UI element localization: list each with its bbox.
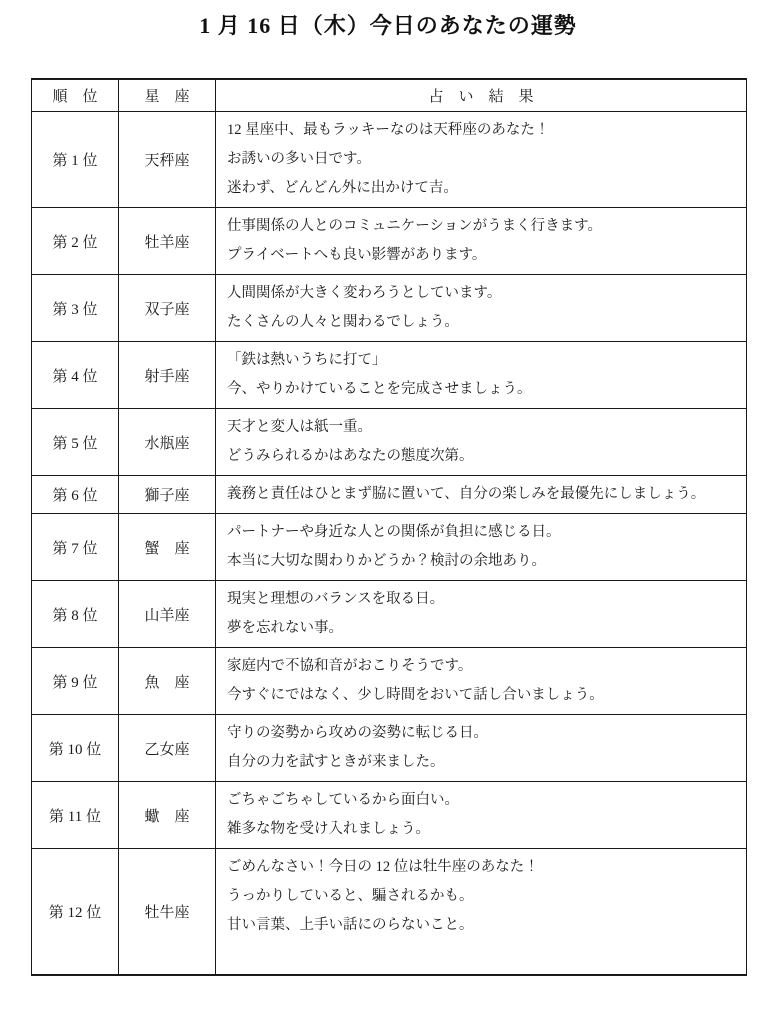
fortune-cell: 現実と理想のバランスを取る日。夢を忘れない事。 (216, 581, 747, 648)
table-row: 第 6 位 獅子座 義務と責任はひとまず脇に置いて、自分の楽しみを最優先にしまし… (32, 476, 747, 514)
rank-cell: 第 10 位 (32, 715, 119, 782)
sign-cell: 蠍 座 (119, 782, 216, 849)
fortune-cell: 「鉄は熱いうちに打て」今、やりかけていることを完成させましょう。 (216, 342, 747, 409)
fortune-cell: 義務と責任はひとまず脇に置いて、自分の楽しみを最優先にしましょう。 (216, 476, 747, 514)
rank-cell: 第 4 位 (32, 342, 119, 409)
header-result: 占 い 結 果 (216, 79, 747, 112)
table-row: 第 8 位 山羊座 現実と理想のバランスを取る日。夢を忘れない事。 (32, 581, 747, 648)
sign-cell: 山羊座 (119, 581, 216, 648)
fortune-cell: パートナーや身近な人との関係が負担に感じる日。本当に大切な関わりかどうか？検討の… (216, 514, 747, 581)
table-row: 第 1 位 天秤座 12 星座中、最もラッキーなのは天秤座のあなた！お誘いの多い… (32, 112, 747, 208)
table-row: 第 5 位 水瓶座 天才と変人は紙一重。どうみられるかはあなたの態度次第。 (32, 409, 747, 476)
fortune-cell: 人間関係が大きく変わろうとしています。たくさんの人々と関わるでしょう。 (216, 275, 747, 342)
sign-cell: 乙女座 (119, 715, 216, 782)
fortune-line: 天才と変人は紙一重。 (227, 413, 736, 442)
fortune-line: お誘いの多い日です。 (227, 145, 736, 174)
fortune-line: 現実と理想のバランスを取る日。 (227, 585, 736, 614)
fortune-cell: 天才と変人は紙一重。どうみられるかはあなたの態度次第。 (216, 409, 747, 476)
fortune-line: 本当に大切な関わりかどうか？検討の余地あり。 (227, 547, 736, 576)
sign-cell: 天秤座 (119, 112, 216, 208)
fortune-line: 今、やりかけていることを完成させましょう。 (227, 375, 736, 404)
sign-cell: 牡羊座 (119, 208, 216, 275)
rank-cell: 第 1 位 (32, 112, 119, 208)
fortune-line: プライベートへも良い影響があります。 (227, 241, 736, 270)
fortune-line: ごちゃごちゃしているから面白い。 (227, 786, 736, 815)
table-row: 第 2 位 牡羊座 仕事関係の人とのコミュニケーションがうまく行きます。プライベ… (32, 208, 747, 275)
rank-cell: 第 3 位 (32, 275, 119, 342)
fortune-line: 義務と責任はひとまず脇に置いて、自分の楽しみを最優先にしましょう。 (227, 480, 736, 509)
fortune-line: 自分の力を試すときが来ました。 (227, 748, 736, 777)
fortune-line: 「鉄は熱いうちに打て」 (227, 346, 736, 375)
fortune-line: たくさんの人々と関わるでしょう。 (227, 308, 736, 337)
sign-cell: 双子座 (119, 275, 216, 342)
rank-cell: 第 7 位 (32, 514, 119, 581)
fortune-line: 雑多な物を受け入れましょう。 (227, 815, 736, 844)
fortune-line: うっかりしていると、騙されるかも。 (227, 882, 736, 911)
rank-cell: 第 8 位 (32, 581, 119, 648)
document-page: 1 月 16 日（木）今日のあなたの運勢 順 位 星 座 占 い 結 果 第 1… (0, 0, 776, 1024)
rank-cell: 第 11 位 (32, 782, 119, 849)
table-row: 第 11 位 蠍 座 ごちゃごちゃしているから面白い。雑多な物を受け入れましょう… (32, 782, 747, 849)
rank-cell: 第 9 位 (32, 648, 119, 715)
fortune-cell: ごちゃごちゃしているから面白い。雑多な物を受け入れましょう。 (216, 782, 747, 849)
fortune-line: どうみられるかはあなたの態度次第。 (227, 442, 736, 471)
fortune-cell: 12 星座中、最もラッキーなのは天秤座のあなた！お誘いの多い日です。迷わず、どん… (216, 112, 747, 208)
header-sign: 星 座 (119, 79, 216, 112)
table-row: 第 4 位 射手座 「鉄は熱いうちに打て」今、やりかけていることを完成させましょ… (32, 342, 747, 409)
fortune-line: 12 星座中、最もラッキーなのは天秤座のあなた！ (227, 116, 736, 145)
fortune-line: 迷わず、どんどん外に出かけて吉。 (227, 174, 736, 203)
table-row: 第 12 位 牡牛座 ごめんなさい！今日の 12 位は牡牛座のあなた！うっかりし… (32, 849, 747, 976)
fortune-line: 人間関係が大きく変わろうとしています。 (227, 279, 736, 308)
fortune-line: 今すぐにではなく、少し時間をおいて話し合いましょう。 (227, 681, 736, 710)
rank-cell: 第 6 位 (32, 476, 119, 514)
table-row: 第 9 位 魚 座 家庭内で不協和音がおこりそうです。今すぐにではなく、少し時間… (32, 648, 747, 715)
table-row: 第 10 位 乙女座 守りの姿勢から攻めの姿勢に転じる日。自分の力を試すときが来… (32, 715, 747, 782)
fortune-cell: 仕事関係の人とのコミュニケーションがうまく行きます。プライベートへも良い影響があ… (216, 208, 747, 275)
table-row: 第 7 位 蟹 座 パートナーや身近な人との関係が負担に感じる日。本当に大切な関… (32, 514, 747, 581)
sign-cell: 獅子座 (119, 476, 216, 514)
fortune-cell: 守りの姿勢から攻めの姿勢に転じる日。自分の力を試すときが来ました。 (216, 715, 747, 782)
fortune-line: 夢を忘れない事。 (227, 614, 736, 643)
sign-cell: 水瓶座 (119, 409, 216, 476)
table-body: 第 1 位 天秤座 12 星座中、最もラッキーなのは天秤座のあなた！お誘いの多い… (32, 112, 747, 976)
header-rank: 順 位 (32, 79, 119, 112)
fortune-cell: ごめんなさい！今日の 12 位は牡牛座のあなた！うっかりしていると、騙されるかも… (216, 849, 747, 976)
sign-cell: 牡牛座 (119, 849, 216, 976)
fortune-line: 守りの姿勢から攻めの姿勢に転じる日。 (227, 719, 736, 748)
sign-cell: 射手座 (119, 342, 216, 409)
sign-cell: 蟹 座 (119, 514, 216, 581)
fortune-line: 家庭内で不協和音がおこりそうです。 (227, 652, 736, 681)
fortune-line: パートナーや身近な人との関係が負担に感じる日。 (227, 518, 736, 547)
fortune-table: 順 位 星 座 占 い 結 果 第 1 位 天秤座 12 星座中、最もラッキーな… (31, 78, 747, 976)
sign-cell: 魚 座 (119, 648, 216, 715)
rank-cell: 第 2 位 (32, 208, 119, 275)
rank-cell: 第 12 位 (32, 849, 119, 976)
fortune-line: ごめんなさい！今日の 12 位は牡牛座のあなた！ (227, 853, 736, 882)
rank-cell: 第 5 位 (32, 409, 119, 476)
table-row: 第 3 位 双子座 人間関係が大きく変わろうとしています。たくさんの人々と関わる… (32, 275, 747, 342)
fortune-line: 仕事関係の人とのコミュニケーションがうまく行きます。 (227, 212, 736, 241)
table-header-row: 順 位 星 座 占 い 結 果 (32, 79, 747, 112)
fortune-line: 甘い言葉、上手い話にのらないこと。 (227, 911, 736, 940)
page-title: 1 月 16 日（木）今日のあなたの運勢 (0, 0, 776, 40)
fortune-cell: 家庭内で不協和音がおこりそうです。今すぐにではなく、少し時間をおいて話し合いまし… (216, 648, 747, 715)
